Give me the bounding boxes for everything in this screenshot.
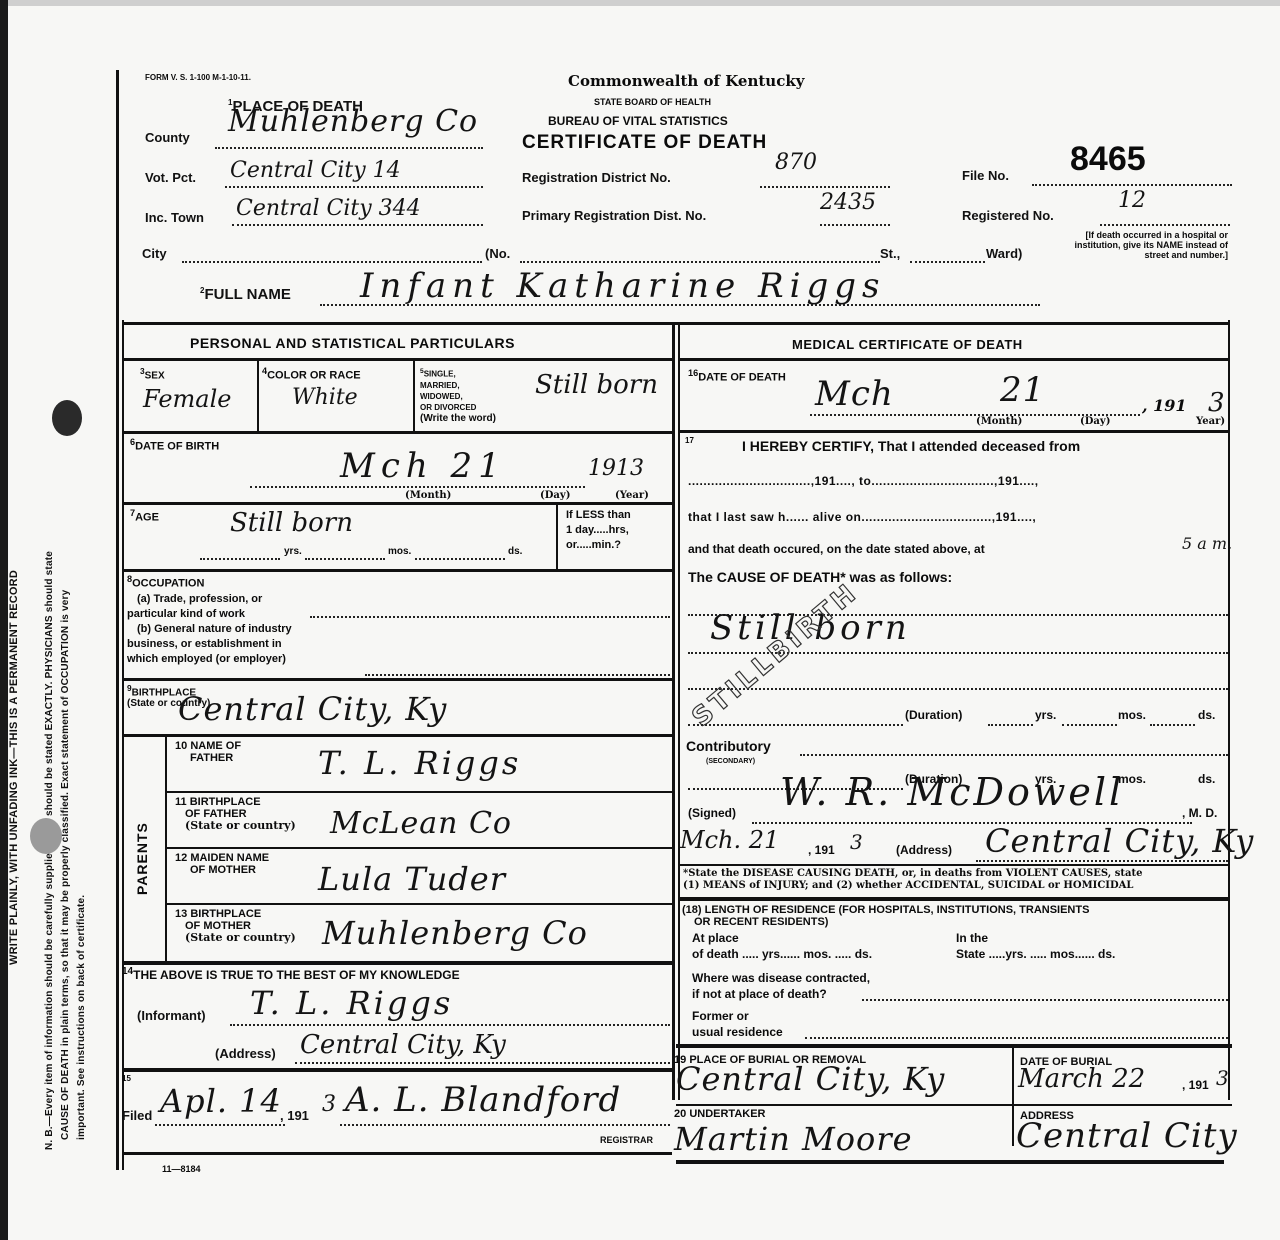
cause-line-3 xyxy=(688,686,1228,690)
certify-last-seen: that I last saw h...... alive on........… xyxy=(688,510,1036,524)
column-divider xyxy=(678,325,680,1100)
color-race-value: White xyxy=(292,385,358,410)
cause-footnote: *State the DISEASE CAUSING DEATH, or, in… xyxy=(683,868,1142,892)
row-divider xyxy=(124,678,672,681)
day-caption: (Day) xyxy=(1080,416,1110,427)
death-certificate-page: WRITE PLAINLY, WITH UNFADING INK—THIS IS… xyxy=(0,0,1280,1240)
row-divider xyxy=(676,1044,1232,1048)
occupation-a-line xyxy=(310,614,670,618)
row-divider xyxy=(680,358,1230,361)
duration-ds-label: ds. xyxy=(1198,708,1215,722)
filed-date-line xyxy=(155,1122,285,1126)
date-of-death-label: 16DATE OF DEATH xyxy=(688,368,786,384)
sex-value: Female xyxy=(143,385,232,413)
age-days-label: ds. xyxy=(508,546,522,557)
registered-number-label: Registered No. xyxy=(962,208,1054,223)
undertaker-label: 20 UNDERTAKER xyxy=(674,1108,766,1120)
full-name-value: Infant Katharine Riggs xyxy=(360,266,885,306)
street-label: St., xyxy=(880,246,900,261)
stillbirth-stamp: STILLBIRTH xyxy=(687,577,865,733)
signed-year-prefix: , 191 xyxy=(808,843,835,857)
frame-left-border xyxy=(116,70,119,1170)
row-divider xyxy=(680,864,1230,866)
parents-label: PARENTS xyxy=(134,822,150,895)
father-name-value: T. L. Riggs xyxy=(318,744,521,782)
registrar-label: REGISTRAR xyxy=(600,1135,653,1145)
row-divider xyxy=(167,903,672,905)
duration-mos-label: mos. xyxy=(1118,708,1146,722)
ward-line xyxy=(910,259,985,263)
residence-at-place: At place of death ..... yrs...... mos. .… xyxy=(692,930,872,962)
row-divider xyxy=(124,961,672,965)
duration-line xyxy=(688,722,903,726)
margin-instruction-3: CAUSE OF DEATH in plain terms, so that i… xyxy=(60,590,71,1140)
margin-instruction-4: important. See instructions on back of c… xyxy=(76,895,87,1140)
occupation-label: 8OCCUPATION (a) Trade, profession, or pa… xyxy=(127,572,292,667)
residence-in-state: In the State .....yrs. ..... mos...... d… xyxy=(956,930,1115,962)
filed-year-suffix: 3 xyxy=(322,1092,336,1117)
age-value: Still born xyxy=(230,508,353,538)
frame-left-border-inner xyxy=(122,320,124,1170)
burial-year-suffix: 3 xyxy=(1216,1066,1229,1090)
md-label: , M. D. xyxy=(1182,806,1217,820)
city-line xyxy=(182,259,482,263)
filed-date-value: Apl. 14 xyxy=(160,1082,282,1120)
cause-of-death-heading: The CAUSE OF DEATH* was as follows: xyxy=(688,569,952,585)
physician-address-label: (Address) xyxy=(896,843,952,857)
parents-column-divider xyxy=(165,737,167,961)
ward-label: Ward) xyxy=(986,246,1022,261)
date-of-death-year-suffix: 3 xyxy=(1208,388,1225,418)
father-birthplace-value: McLean Co xyxy=(330,806,512,841)
cell-divider xyxy=(556,505,558,569)
file-number-line xyxy=(1032,182,1232,186)
registration-district-value: 870 xyxy=(775,150,817,175)
age-label: 7AGE xyxy=(130,508,159,524)
disease-contracted-line xyxy=(862,997,1228,1001)
form-code: FORM V. S. 1-100 M-1-10-11. xyxy=(145,73,251,82)
year-caption: (Year) xyxy=(615,490,649,501)
color-race-label: 4COLOR OR RACE xyxy=(262,366,361,382)
vot-pct-line xyxy=(225,184,483,188)
registered-number-line xyxy=(1100,222,1230,226)
informant-address-label: (Address) xyxy=(215,1046,276,1061)
section-divider xyxy=(122,322,1230,325)
inc-town-label: Inc. Town xyxy=(145,210,204,225)
board-title: STATE BOARD OF HEALTH xyxy=(594,97,711,107)
signed-year-suffix: 3 xyxy=(850,830,863,854)
vot-pct-value: Central City 14 xyxy=(230,158,401,183)
age-months-label: mos. xyxy=(388,546,411,557)
row-divider xyxy=(124,431,672,434)
file-number-value: 8465 xyxy=(1070,140,1146,179)
date-of-birth-month-day: Mch 21 xyxy=(340,446,506,486)
burial-place-value: Central City, Ky xyxy=(676,1060,945,1098)
age-years-label: yrs. xyxy=(284,546,302,557)
registration-district-label: Registration District No. xyxy=(522,170,671,185)
cell-divider xyxy=(257,361,259,431)
mother-birthplace-label: 13 BIRTHPLACE OF MOTHER (State or countr… xyxy=(175,908,296,944)
residence-heading: (18) LENGTH OF RESIDENCE (FOR HOSPITALS,… xyxy=(682,904,1089,928)
mother-name-label: 12 MAIDEN NAME OF MOTHER xyxy=(175,852,269,876)
cell-divider xyxy=(413,361,415,431)
year-caption: Year) xyxy=(1196,416,1225,427)
age-months-line xyxy=(305,556,385,560)
full-name-label: 2FULL NAME xyxy=(200,286,291,303)
file-number-label: File No. xyxy=(962,168,1009,183)
column-divider xyxy=(672,325,675,1100)
certify-death-time-label: and that death occured, on the date stat… xyxy=(688,542,985,556)
duration-mos-line xyxy=(1062,722,1117,726)
burial-date-value: March 22 xyxy=(1018,1064,1145,1094)
month-caption: (Month) xyxy=(405,490,451,501)
undertaker-address-value: Central City xyxy=(1016,1116,1238,1156)
county-line xyxy=(215,145,483,149)
street-number-label: (No. xyxy=(485,246,510,261)
registrar-line xyxy=(340,1122,670,1126)
vot-pct-label: Vot. Pct. xyxy=(145,170,196,185)
inc-town-value: Central City 344 xyxy=(236,196,421,221)
street-line xyxy=(520,259,880,263)
age-years-line xyxy=(200,556,280,560)
duration-yrs-line xyxy=(988,722,1033,726)
burial-year-prefix: , 191 xyxy=(1182,1078,1209,1092)
birthplace-value: Central City, Ky xyxy=(178,690,447,728)
mother-name-value: Lula Tuder xyxy=(318,860,506,898)
informant-heading: 14THE ABOVE IS TRUE TO THE BEST OF MY KN… xyxy=(122,966,460,982)
date-of-birth-year: 1913 xyxy=(588,456,644,481)
hospital-note: [If death occurred in a hospital or inst… xyxy=(1068,230,1228,260)
physician-signature: W. R. McDowell xyxy=(780,770,1124,814)
primary-registration-label: Primary Registration Dist. No. xyxy=(522,208,706,223)
contributory-ds-label: ds. xyxy=(1198,772,1215,786)
father-name-label: 10 NAME OF FATHER xyxy=(175,740,241,764)
signed-date-value: Mch. 21 xyxy=(680,826,779,854)
certify-number: 17 xyxy=(685,436,694,445)
primary-registration-value: 2435 xyxy=(820,190,876,215)
certify-death-time-value: 5 a m. xyxy=(1182,534,1232,553)
certify-attended-dates: ................................,191....… xyxy=(688,474,1039,488)
bottom-border xyxy=(676,1160,1224,1164)
informant-value: T. L. Riggs xyxy=(250,984,453,1022)
physician-address-value: Central City, Ky xyxy=(985,822,1254,860)
marital-status-value: Still born xyxy=(535,370,658,400)
mother-birthplace-value: Muhlenberg Co xyxy=(322,914,588,952)
row-divider xyxy=(680,430,1230,433)
inc-town-line xyxy=(232,222,483,226)
county-label: County xyxy=(145,130,190,145)
registration-district-line xyxy=(760,184,890,188)
former-residence-label: Former or usual residence xyxy=(692,1008,783,1040)
contributory-label: Contributory xyxy=(686,738,771,754)
row-divider xyxy=(167,847,672,849)
medical-heading: MEDICAL CERTIFICATE OF DEATH xyxy=(792,337,1023,352)
row-divider xyxy=(167,791,672,793)
informant-address-value: Central City, Ky xyxy=(300,1030,506,1060)
city-label: City xyxy=(142,246,167,261)
punch-hole-mark xyxy=(30,818,62,854)
date-of-birth-label: 6DATE OF BIRTH xyxy=(130,437,219,453)
signed-label: (Signed) xyxy=(688,806,736,820)
margin-instruction-1: WRITE PLAINLY, WITH UNFADING INK—THIS IS… xyxy=(8,570,20,965)
secondary-label: (SECONDARY) xyxy=(706,758,755,765)
certificate-title: CERTIFICATE OF DEATH xyxy=(522,132,767,154)
father-birthplace-label: 11 BIRTHPLACE OF FATHER (State or countr… xyxy=(175,796,296,832)
informant-line xyxy=(230,1022,670,1026)
row-divider xyxy=(124,358,672,361)
age-days-line xyxy=(415,556,505,560)
scan-edge-left xyxy=(0,0,8,1240)
county-value: Muhlenberg Co xyxy=(228,104,478,139)
informant-label: (Informant) xyxy=(137,1008,206,1023)
filed-year-prefix: , 191 xyxy=(280,1108,309,1123)
frame-right-border xyxy=(1228,320,1230,1100)
less-than-day-note: If LESS than 1 day.....hrs, or.....min.? xyxy=(566,508,631,553)
filed-label: Filed xyxy=(122,1108,152,1123)
date-of-death-day: 21 xyxy=(1000,370,1045,410)
scan-edge-top xyxy=(0,0,1280,6)
contributory-line xyxy=(800,752,1228,756)
date-of-death-year-prefix: , 191 xyxy=(1142,396,1187,415)
commonwealth-title: Commonwealth of Kentucky xyxy=(568,72,804,90)
undertaker-value: Martin Moore xyxy=(674,1120,913,1158)
duration-ds-line xyxy=(1150,722,1195,726)
day-caption: (Day) xyxy=(540,490,570,501)
informant-address-line xyxy=(295,1060,670,1064)
marital-status-label: 5SINGLE, MARRIED, WIDOWED, OR DIVORCED (… xyxy=(420,366,496,424)
month-caption: (Month) xyxy=(976,416,1022,427)
row-divider xyxy=(680,897,1230,901)
bottom-border xyxy=(124,1152,672,1155)
registered-number-value: 12 xyxy=(1118,188,1146,213)
row-divider xyxy=(124,502,672,505)
sex-label: 3SEX xyxy=(140,366,165,381)
registrar-signature: A. L. Blandford xyxy=(345,1080,621,1120)
duration-yrs-label: yrs. xyxy=(1035,708,1056,722)
occupation-b-line xyxy=(365,672,670,676)
bureau-title: BUREAU OF VITAL STATISTICS xyxy=(548,114,728,128)
footer-code: 11—8184 xyxy=(162,1164,201,1174)
date-of-death-month: Mch xyxy=(815,374,894,414)
row-divider xyxy=(124,734,672,737)
former-residence-line xyxy=(805,1035,1228,1039)
duration-label: (Duration) xyxy=(905,708,962,722)
cell-divider xyxy=(1012,1048,1014,1146)
row-divider xyxy=(124,1068,672,1072)
certify-statement: I HEREBY CERTIFY, That I attended deceas… xyxy=(742,438,1080,454)
primary-registration-line xyxy=(820,222,890,226)
filed-number: 15 xyxy=(122,1074,131,1083)
row-divider xyxy=(676,1104,1232,1106)
punch-hole-mark xyxy=(52,400,82,436)
personal-heading: PERSONAL AND STATISTICAL PARTICULARS xyxy=(190,335,515,351)
disease-contracted-label: Where was disease contracted, if not at … xyxy=(692,970,870,1002)
